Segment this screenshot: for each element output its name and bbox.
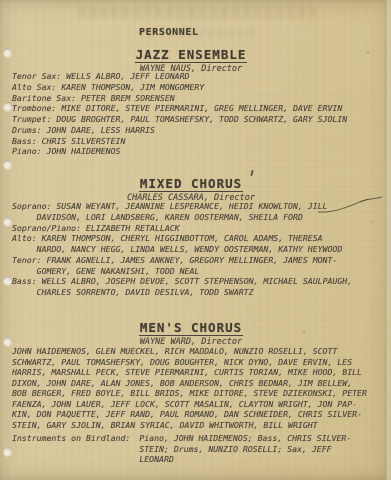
mens-chorus-members: JOHN HAIDEMENOS, GLEN MUECKEL, RICH MADD…	[12, 346, 380, 430]
performer-names: MIKE DITORE, STEVE PIERMARINI, GREG MELL…	[56, 103, 342, 113]
instrument-label: Baritone Sax:	[12, 93, 76, 103]
voice-part-label: Tenor:	[12, 255, 42, 265]
footnote-text: Piano, JOHN HAIDEMENOS; Bass, CHRIS SILV…	[139, 433, 369, 465]
instrument-label: Drums:	[12, 125, 42, 135]
voice-part-label: Soprano:	[12, 201, 51, 211]
performer-names: ELIZABETH RETALLACK	[81, 223, 180, 233]
bleedthrough-mark	[78, 6, 318, 18]
instrument-label: Alto Sax:	[12, 82, 56, 92]
roster-entry: Soprano/Piano:ELIZABETH RETALLACK	[12, 223, 382, 234]
performer-names: KAREN THOMPSON, CHERYL HIGGINBOTTOM, CAR…	[12, 233, 342, 254]
roster-entry: Bass:CHRIS SILVERSTEIN	[12, 136, 382, 147]
pen-scratch-mark	[300, 192, 391, 222]
voice-part-label: Bass:	[12, 276, 37, 286]
performer-names: JOHN DARE, LESS HARRIS	[42, 125, 155, 135]
punch-hole	[3, 217, 12, 226]
performer-names: WELLS ALBRO, JEFF LEONARD	[61, 71, 189, 81]
section-header-jazz-ensemble: JAZZ ENSEMBLE WAYNE NAUS, Director	[0, 44, 382, 74]
speck	[23, 240, 25, 241]
instrument-label: Bass:	[12, 136, 37, 146]
roster-entry: Alto:KAREN THOMPSON, CHERYL HIGGINBOTTOM…	[12, 233, 382, 255]
roster-entry: Tenor Sax:WELLS ALBRO, JEFF LEONARD	[12, 71, 382, 82]
speck	[367, 52, 369, 54]
page-edge	[386, 0, 391, 480]
roster-entry: Tenor:FRANK AGNELLI, JAMES ANKNEY, GREGO…	[12, 255, 382, 277]
punch-hole	[3, 447, 12, 456]
voice-part-label: Alto:	[12, 233, 37, 243]
section-title: MIXED CHORUS	[139, 176, 243, 192]
page-title: PERSONNEL	[139, 27, 199, 38]
performer-names: FRANK AGNELLI, JAMES ANKNEY, GREGORY MEL…	[12, 255, 337, 276]
performer-names: KAREN THOMPSON, JIM MONGOMERY	[56, 82, 204, 92]
speck	[303, 331, 305, 333]
performer-names: JOHN HAIDEMENOS	[42, 146, 121, 156]
section-title: JAZZ ENSEMBLE	[135, 47, 248, 63]
roster-entry: Alto Sax:KAREN THOMPSON, JIM MONGOMERY	[12, 82, 382, 93]
program-page-scan: PERSONNEL JAZZ ENSEMBLE WAYNE NAUS, Dire…	[0, 0, 391, 480]
punch-hole	[3, 102, 12, 111]
punch-hole	[3, 160, 12, 169]
performer-names: DOUG BROGHTER, PAUL TOMASHEFSKY, TODD SC…	[51, 114, 347, 124]
section-title: MEN'S CHORUS	[139, 320, 243, 336]
voice-part-label: Soprano/Piano:	[12, 223, 81, 233]
instrument-label: Trumpet:	[12, 114, 51, 124]
speck	[371, 221, 372, 223]
instrument-label: Tenor Sax:	[12, 71, 61, 81]
roster-entry: Drums:JOHN DARE, LESS HARRIS	[12, 125, 382, 136]
roster-entry: Piano:JOHN HAIDEMENOS	[12, 146, 382, 157]
roster-entry: Trumpet:DOUG BROGHTER, PAUL TOMASHEFSKY,…	[12, 114, 382, 125]
performer-names: WELLS ALBRO, JOSEPH DEVOE, SCOTT STEPHEN…	[12, 276, 352, 297]
performer-names: SUSAN WEYANT, JEANNINE LESPERANCE, HEIDI…	[12, 201, 328, 222]
performer-names: CHRIS SILVERSTEIN	[37, 136, 126, 146]
footnote-label: Instruments on Birdland:	[12, 433, 130, 444]
roster-entry: Trombone:MIKE DITORE, STEVE PIERMARINI, …	[12, 103, 382, 114]
roster-entry: Baritone Sax:PETER BREM SORENSEN	[12, 93, 382, 104]
section-header-mens-chorus: MEN'S CHORUS WAYNE WARD, Director	[0, 317, 382, 347]
roster-entry: Bass:WELLS ALBRO, JOSEPH DEVOE, SCOTT ST…	[12, 276, 382, 298]
instrument-label: Trombone:	[12, 103, 56, 113]
punch-hole	[3, 276, 12, 285]
birdland-instruments-note: Instruments on Birdland: Piano, JOHN HAI…	[12, 433, 369, 465]
performer-names: PETER BREM SORENSEN	[76, 93, 175, 103]
jazz-ensemble-roster: Tenor Sax:WELLS ALBRO, JEFF LEONARDAlto …	[12, 71, 382, 157]
instrument-label: Piano:	[12, 146, 42, 156]
